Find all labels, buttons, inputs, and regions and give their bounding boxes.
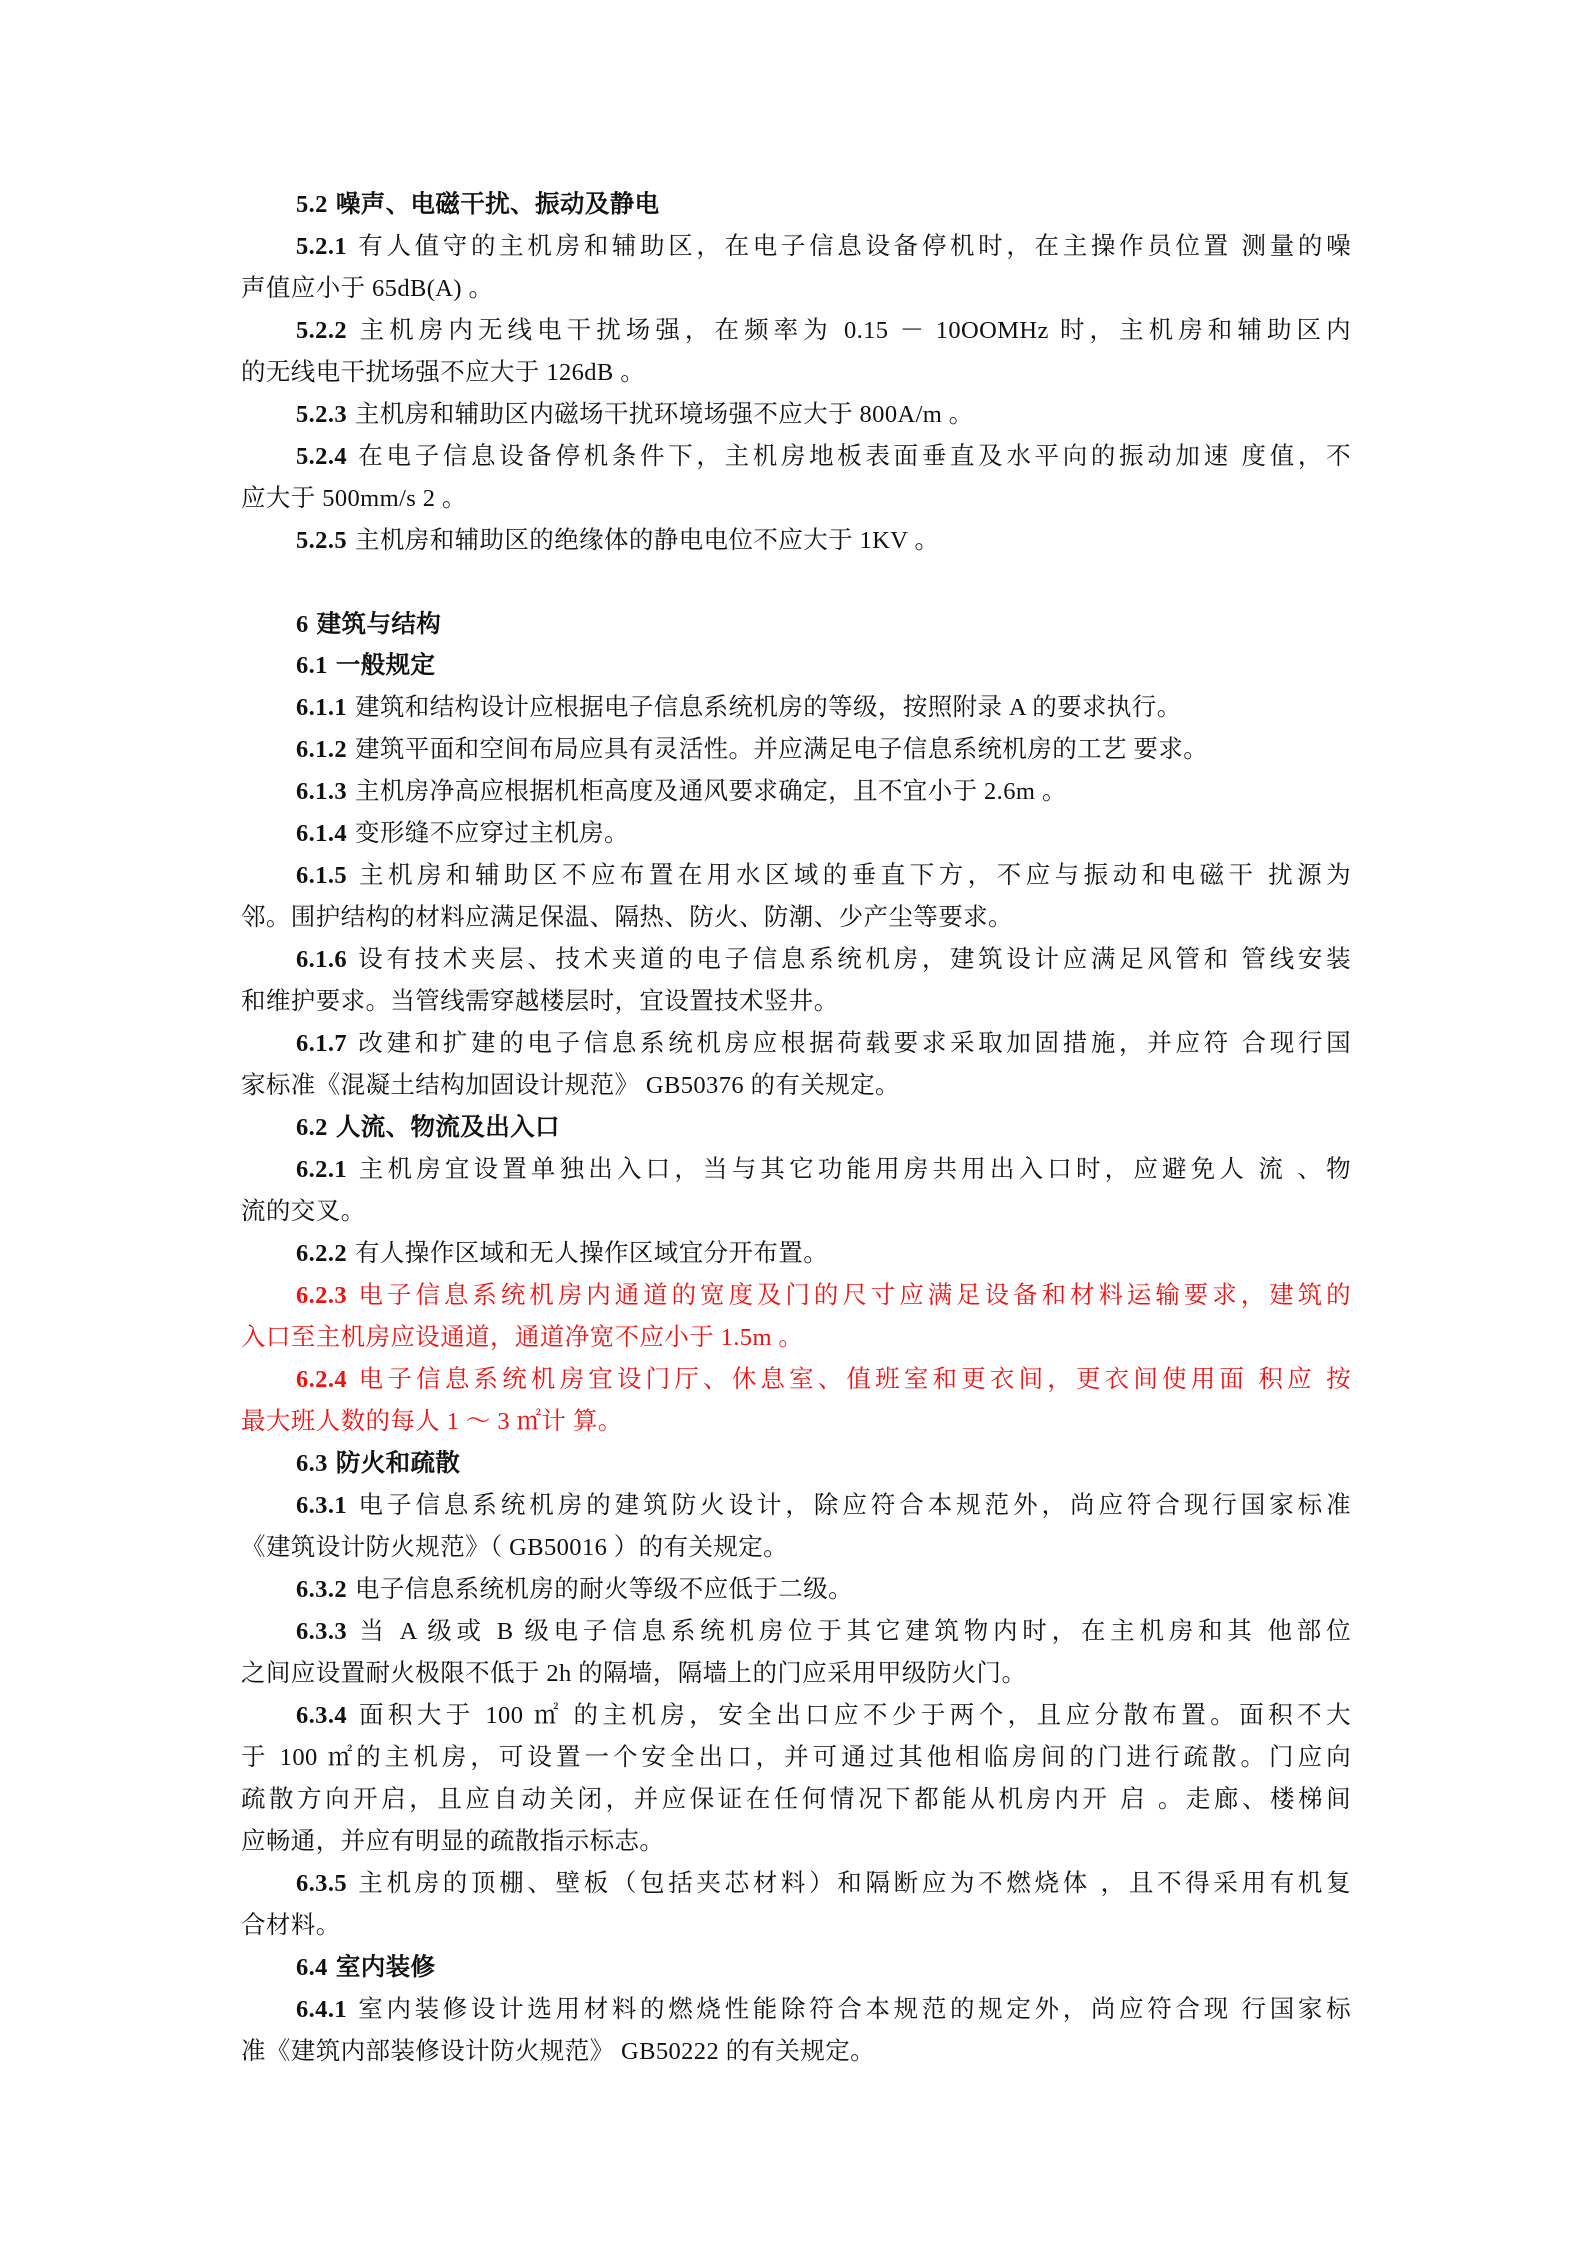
clause-6-1-7: 6.1.7改建和扩建的电子信息系统机房应根据荷载要求采取加固措施，并应符 合现行…: [296, 1029, 1351, 1059]
clause-6-3-4-cont-3: 应畅通，并应有明显的疏散指示标志。: [241, 1827, 664, 1857]
clause-6-3-1-cont: 《建筑设计防火规范》（ GB50016 ）的有关规定。: [241, 1533, 788, 1563]
clause-6-1-5: 6.1.5主机房和辅助区不应布置在用水区域的垂直下方，不应与振动和电磁干 扰源为: [296, 861, 1351, 891]
clause-6-1-3: 6.1.3主机房净高应根据机柜高度及通风要求确定，且不宜小于 2.6m 。: [296, 777, 1067, 807]
section-heading-6-1: 6.1一般规定: [296, 651, 435, 681]
clause-6-2-2: 6.2.2有人操作区域和无人操作区域宜分开布置。: [296, 1239, 828, 1269]
clause-6-3-5: 6.3.5主机房的顶棚、壁板（包括夹芯材料）和隔断应为不燃烧体 ，且不得采用有机…: [296, 1869, 1351, 1899]
clause-5-2-2: 5.2.2主机房内无线电干扰场强，在频率为 0.15 － 10OOMHz 时，主…: [296, 316, 1351, 346]
clause-5-2-1: 5.2.1有人值守的主机房和辅助区，在电子信息设备停机时，在主操作员位置 测量的…: [296, 232, 1351, 262]
clause-6-2-3-highlighted: 6.2.3电子信息系统机房内通道的宽度及门的尺寸应满足设备和材料运输要求，建筑的: [296, 1281, 1351, 1311]
clause-6-2-1-cont: 流的交叉。: [241, 1197, 366, 1227]
clause-6-1-2: 6.1.2建筑平面和空间布局应具有灵活性。并应满足电子信息系统机房的工艺 要求。: [296, 735, 1208, 765]
clause-6-1-5-cont: 邻。围护结构的材料应满足保温、隔热、防火、防潮、少产尘等要求。: [241, 903, 1013, 933]
clause-6-1-1: 6.1.1建筑和结构设计应根据电子信息系统机房的等级，按照附录 A 的要求执行。: [296, 693, 1182, 723]
section-heading-6-4: 6.4室内装修: [296, 1953, 435, 1983]
clause-5-2-1-cont: 声值应小于 65dB(A) 。: [241, 274, 493, 304]
clause-5-2-4-cont: 应大于 500mm/s 2 。: [241, 484, 467, 514]
clause-6-3-5-cont: 合材料。: [241, 1911, 341, 1941]
clause-6-1-7-cont: 家标准《混凝土结构加固设计规范》 GB50376 的有关规定。: [241, 1071, 900, 1101]
clause-6-2-4-cont: 最大班人数的每人 1 ～ 3 ㎡计 算。: [241, 1407, 623, 1437]
section-heading-6-3: 6.3防火和疏散: [296, 1449, 460, 1479]
clause-6-2-1: 6.2.1主机房宜设置单独出入口，当与其它功能用房共用出入口时，应避免人 流 、…: [296, 1155, 1351, 1185]
clause-5-2-5: 5.2.5主机房和辅助区的绝缘体的静电电位不应大于 1KV 。: [296, 526, 939, 556]
clause-6-2-3-cont: 入口至主机房应设通道，通道净宽不应小于 1.5m 。: [241, 1323, 803, 1353]
clause-6-2-4-highlighted: 6.2.4电子信息系统机房宜设门厅、休息室、值班室和更衣间，更衣间使用面 积应 …: [296, 1365, 1351, 1395]
clause-6-3-3-cont: 之间应设置耐火极限不低于 2h 的隔墙，隔墙上的门应采用甲级防火门。: [241, 1659, 1026, 1689]
clause-6-1-6: 6.1.6设有技术夹层、技术夹道的电子信息系统机房，建筑设计应满足风管和 管线安…: [296, 945, 1351, 975]
clause-6-3-1: 6.3.1电子信息系统机房的建筑防火设计，除应符合本规范外，尚应符合现行国家标准: [296, 1491, 1351, 1521]
chapter-heading-6: 6建筑与结构: [296, 610, 441, 640]
section-heading-6-2: 6.2人流、物流及出入口: [296, 1113, 560, 1143]
clause-6-3-4: 6.3.4面积大于 100 ㎡ 的主机房，安全出口应不少于两个，且应分散布置。面…: [296, 1701, 1351, 1731]
clause-6-3-4-cont-2: 疏散方向开启，且应自动关闭，并应保证在任何情况下都能从机房内开 启 。走廊、楼梯…: [241, 1785, 1351, 1815]
clause-6-3-2: 6.3.2电子信息系统机房的耐火等级不应低于二级。: [296, 1575, 853, 1605]
clause-6-4-1: 6.4.1室内装修设计选用材料的燃烧性能除符合本规范的规定外，尚应符合现 行国家…: [296, 1995, 1351, 2025]
clause-5-2-4: 5.2.4在电子信息设备停机条件下，主机房地板表面垂直及水平向的振动加速 度值，…: [296, 442, 1351, 472]
clause-6-3-4-cont-1: 于 100 ㎡的主机房，可设置一个安全出口，并可通过其他相临房间的门进行疏散。门…: [241, 1743, 1351, 1773]
clause-6-3-3: 6.3.3当 A 级或 B 级电子信息系统机房位于其它建筑物内时，在主机房和其 …: [296, 1617, 1351, 1647]
clause-6-1-6-cont: 和维护要求。当管线需穿越楼层时，宜设置技术竖井。: [241, 987, 839, 1017]
clause-6-1-4: 6.1.4变形缝不应穿过主机房。: [296, 819, 629, 849]
clause-6-4-1-cont: 准《建筑内部装修设计防火规范》 GB50222 的有关规定。: [241, 2037, 875, 2067]
clause-5-2-2-cont: 的无线电干扰场强不应大于 126dB 。: [241, 358, 645, 388]
clause-5-2-3: 5.2.3主机房和辅助区内磁场干扰环境场强不应大于 800A/m 。: [296, 400, 974, 430]
section-heading-5-2: 5.2噪声、电磁干扰、振动及静电: [296, 190, 660, 220]
